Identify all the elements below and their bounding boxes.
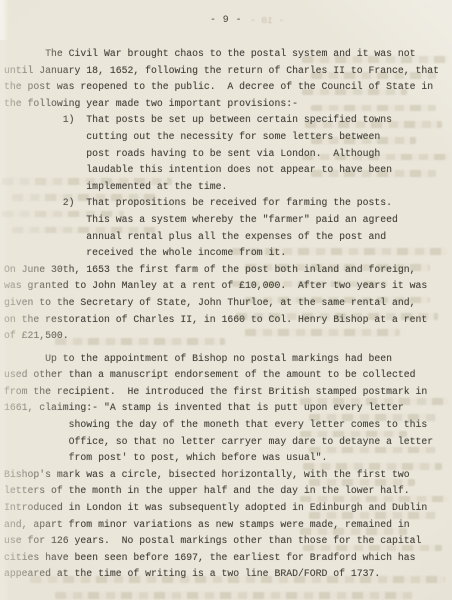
text-line: This was a system whereby the "farmer" p… (4, 212, 450, 229)
text-line: Office, so that no letter carryer may da… (4, 434, 450, 451)
paragraph-bishop-postmark: Up to the appointment of Bishop no posta… (4, 351, 450, 583)
text-line: laudable this intention does not appear … (4, 162, 450, 179)
text-line: Up to the appointment of Bishop no posta… (4, 351, 450, 368)
text-line: 1661, claiming:- "A stamp is invented th… (4, 400, 450, 417)
text-line: annual rental plus all the expenses of t… (4, 229, 450, 246)
text-line: Introduced in London it was subsequently… (4, 500, 450, 517)
text-line: on the restoration of Charles II, in 166… (4, 312, 450, 329)
text-line: the following year made two important pr… (4, 96, 450, 113)
paragraph-intro: The Civil War brought chaos to the posta… (4, 46, 450, 112)
text-line: from post' to post, which before was usu… (4, 450, 450, 467)
page-body: The Civil War brought chaos to the posta… (4, 46, 450, 583)
text-line: received the whole income from it. (4, 245, 450, 262)
text-line: until January 18, 1652, following the re… (4, 63, 450, 80)
text-line: 2) That propositions be received for far… (4, 195, 450, 212)
text-line: was granted to John Manley at a rent of … (4, 278, 450, 295)
text-line: appeared at the time of writing is a two… (4, 566, 450, 583)
text-line: given to the Secretary of State, John Th… (4, 295, 450, 312)
text-line: cities have been seen before 1697, the e… (4, 550, 450, 567)
document-page: - 9 - - 10 - The Civil War brought chaos… (0, 0, 452, 600)
text-line: The Civil War brought chaos to the posta… (4, 46, 450, 63)
page-number: - 9 - (210, 14, 242, 25)
text-line: use for 126 years. No postal markings ot… (4, 533, 450, 550)
text-line: On June 30th, 1653 the first farm of the… (4, 262, 450, 279)
text-line: post roads having to be sent via London.… (4, 146, 450, 163)
text-line: and, apart from minor variations as new … (4, 517, 450, 534)
text-line: implemented at the time. (4, 179, 450, 196)
text-line: 1) That posts be set up between certain … (4, 112, 450, 129)
text-line: showing the day of the moneth that every… (4, 417, 450, 434)
text-line: cutting out the necessity for some lette… (4, 129, 450, 146)
text-line: of £21,500. (4, 328, 450, 345)
paragraph-first-farm: On June 30th, 1653 the first farm of the… (4, 262, 450, 345)
bleedthrough-page-number: - 10 - (250, 15, 284, 26)
page-header: - 9 - (0, 14, 452, 25)
paragraph-provision-1: 1) That posts be set up between certain … (4, 112, 450, 195)
text-line: letters of the month in the upper half a… (4, 483, 450, 500)
text-line: the post was reopened to the public. A d… (4, 79, 450, 96)
text-line: from the recipient. He introduced the fi… (4, 384, 450, 401)
paragraph-provision-2: 2) That propositions be received for far… (4, 195, 450, 261)
text-line: Bishop's mark was a circle, bisected hor… (4, 467, 450, 484)
text-line: used other than a manuscript endorsement… (4, 367, 450, 384)
